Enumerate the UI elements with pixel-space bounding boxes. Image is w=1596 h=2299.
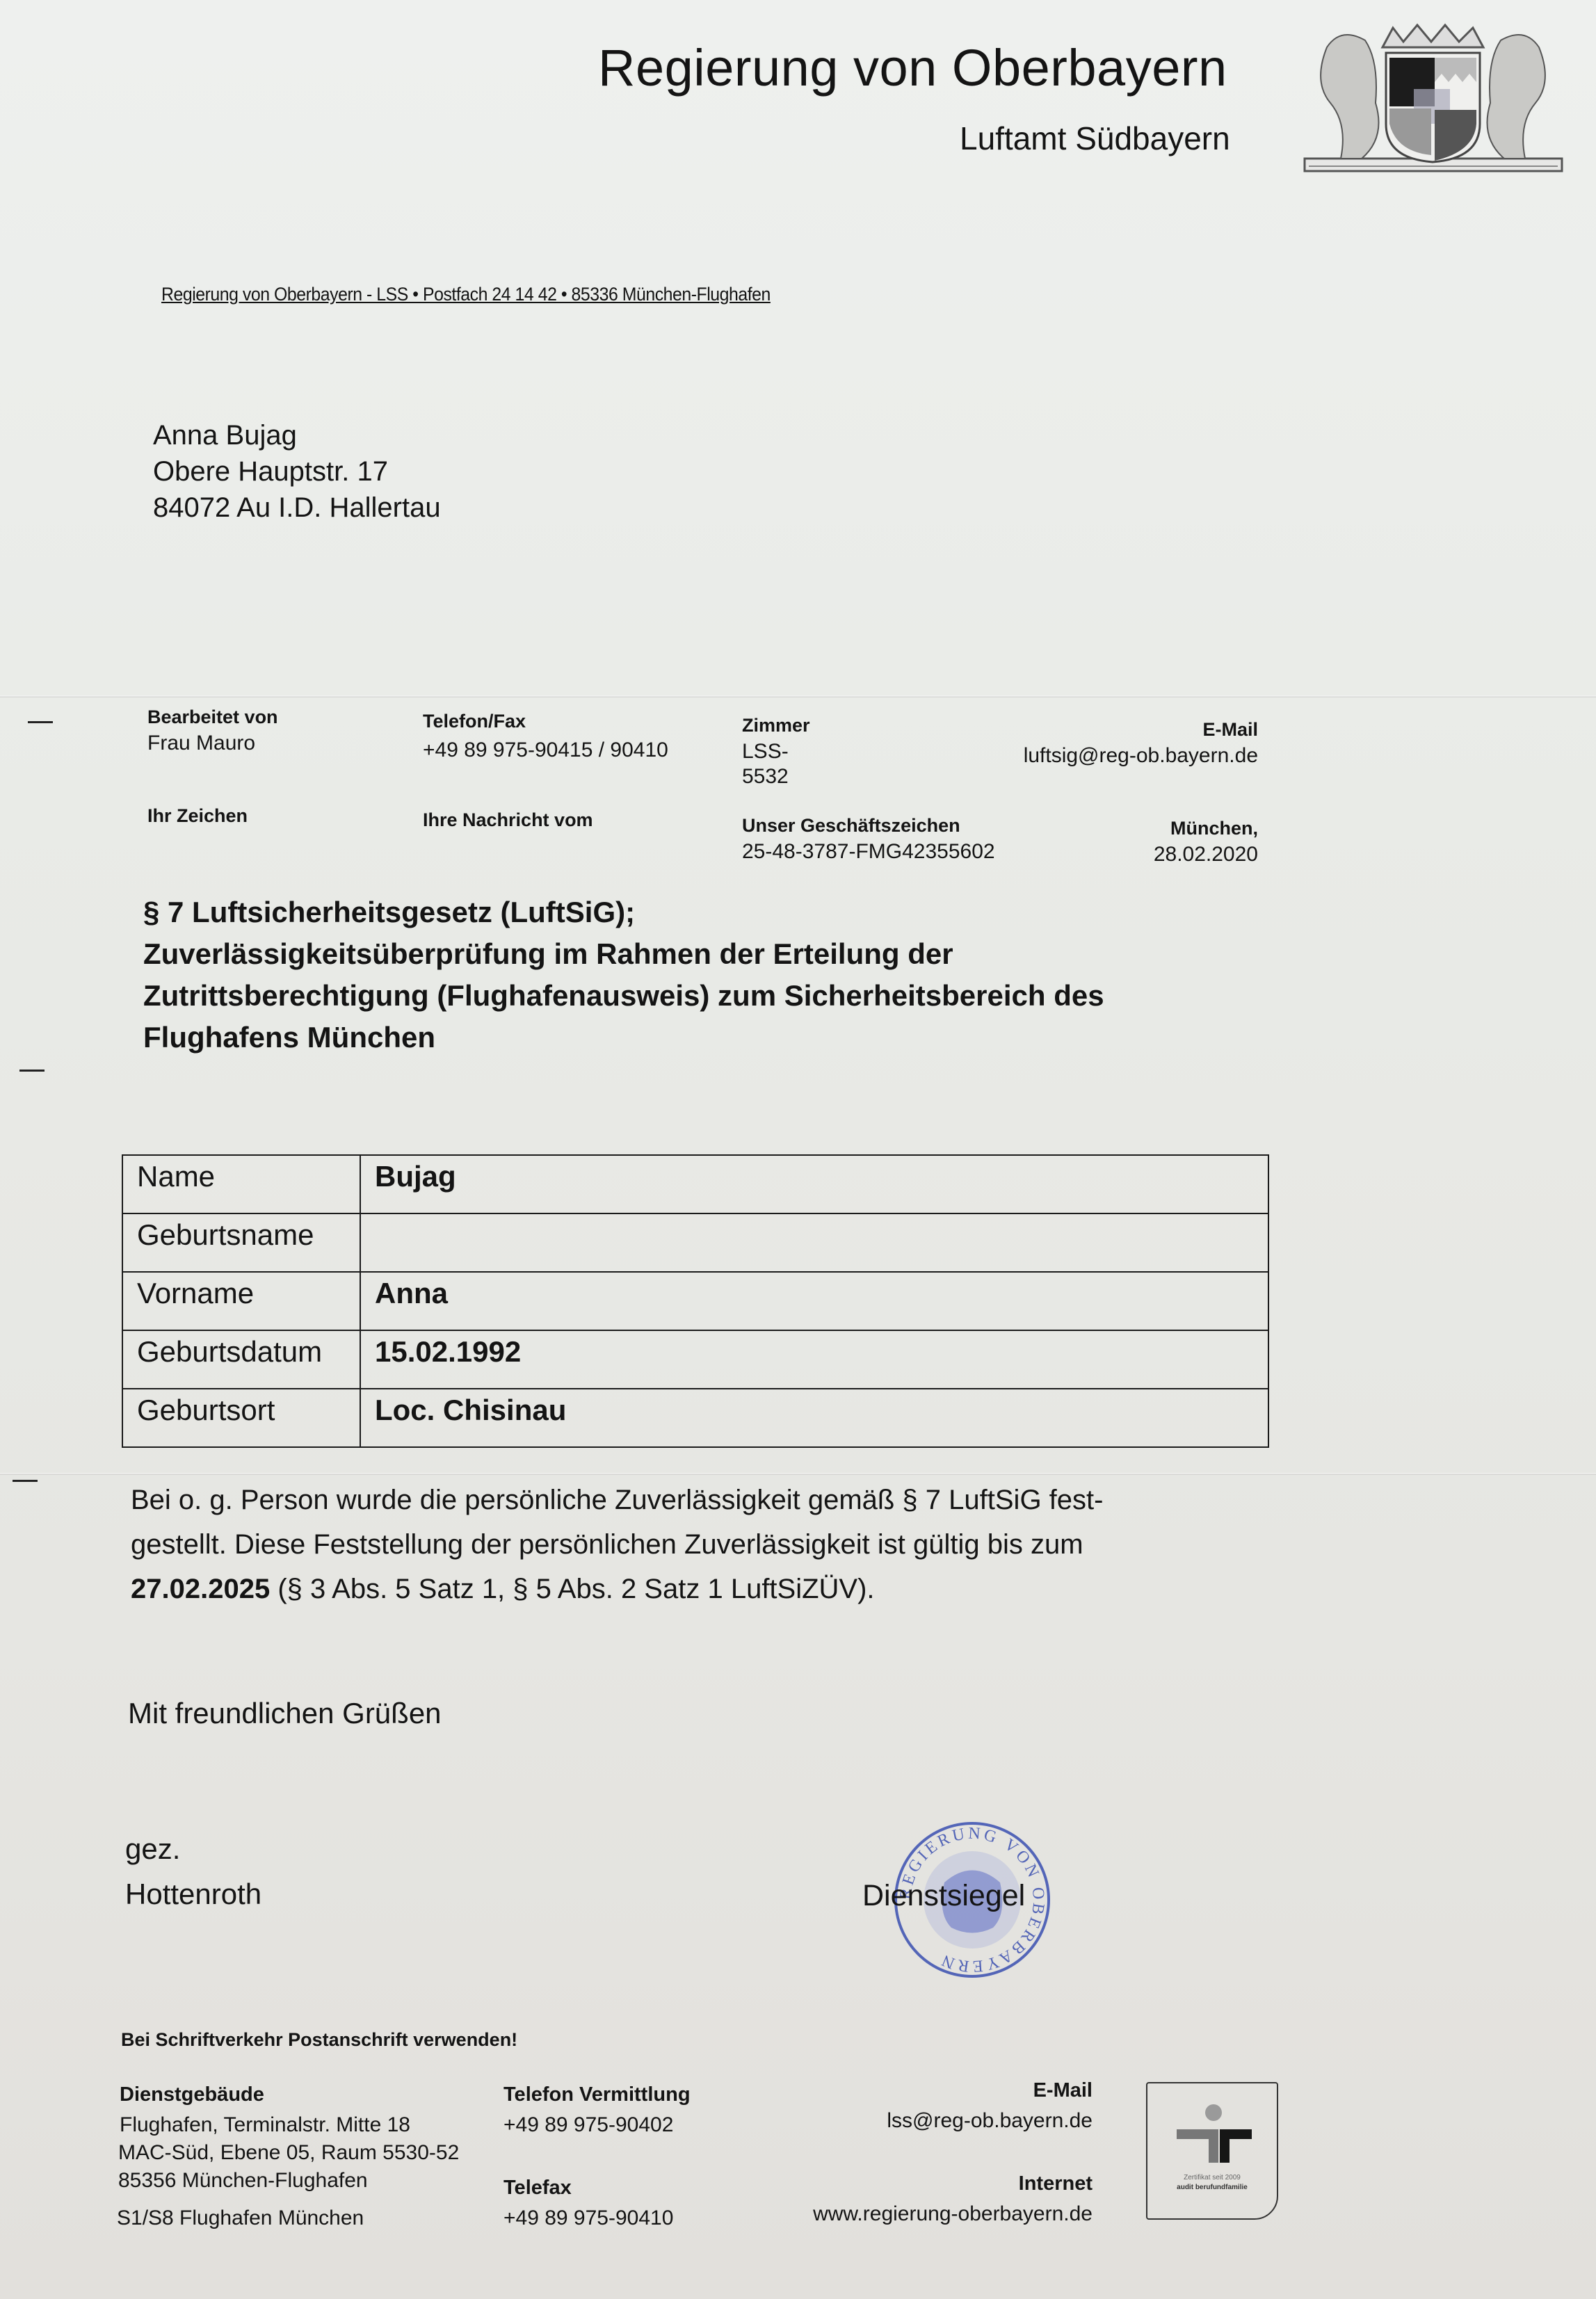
body-line: Bei o. g. Person wurde die persönliche Z… — [131, 1478, 1271, 1522]
legal-reference: (§ 3 Abs. 5 Satz 1, § 5 Abs. 2 Satz 1 Lu… — [270, 1574, 874, 1604]
transit-info: S1/S8 Flughafen München — [117, 2204, 364, 2232]
return-address: Regierung von Oberbayern - LSS • Postfac… — [161, 284, 771, 305]
subject-line: Zutrittsberechtigung (Flughafenausweis) … — [143, 975, 1104, 1017]
row-label: Geburtsdatum — [122, 1330, 360, 1389]
our-ref-value: 25-48-3787-FMG42355602 — [742, 839, 995, 865]
recipient-street: Obere Hauptstr. 17 — [153, 453, 441, 490]
internet-link[interactable]: www.regierung-oberbayern.de — [813, 2200, 1093, 2228]
body-line: 27.02.2025 (§ 3 Abs. 5 Satz 1, § 5 Abs. … — [131, 1567, 1271, 1611]
building-line: Flughafen, Terminalstr. Mitte 18 — [120, 2111, 410, 2139]
room-label: Zimmer — [742, 715, 810, 736]
seal-label: Dienstsiegel — [862, 1879, 1025, 1913]
row-value: Bujag — [360, 1155, 1268, 1213]
footer-note: Bei Schriftverkehr Postanschrift verwend… — [121, 2029, 517, 2051]
row-label: Geburtsname — [122, 1213, 360, 1272]
fax-value: +49 89 975-90410 — [503, 2204, 673, 2232]
row-value — [360, 1213, 1268, 1272]
email-label: E-Mail — [1202, 719, 1258, 741]
your-message-label: Ihre Nachricht vom — [423, 809, 593, 831]
body-paragraph: Bei o. g. Person wurde die persönliche Z… — [131, 1478, 1271, 1611]
your-ref-label: Ihr Zeichen — [147, 805, 248, 827]
organization-title: Regierung von Oberbayern — [598, 38, 1227, 97]
letter-date: 28.02.2020 — [1154, 841, 1258, 868]
our-ref-label: Unser Geschäftszeichen — [742, 815, 960, 837]
family-audit-certificate-logo: Zertifikat seit 2009 audit berufundfamil… — [1146, 2082, 1278, 2220]
row-value: Loc. Chisinau — [360, 1389, 1268, 1447]
subject-line: § 7 Luftsicherheitsgesetz (LuftSiG); — [143, 892, 1104, 933]
certificate-shape — [1220, 2129, 1230, 2163]
switchboard-label: Telefon Vermittlung — [503, 2083, 691, 2106]
footer-email-value[interactable]: lss@reg-ob.bayern.de — [887, 2107, 1093, 2135]
phone-fax-value: +49 89 975-90415 / 90410 — [423, 737, 668, 764]
body-line: gestellt. Diese Feststellung der persönl… — [131, 1522, 1271, 1567]
place-label: München, — [1170, 818, 1258, 839]
person-data-table: NameBujag Geburtsname VornameAnna Geburt… — [122, 1154, 1269, 1448]
recipient-city: 84072 Au I.D. Hallertau — [153, 490, 441, 526]
recipient-name: Anna Bujag — [153, 417, 441, 453]
table-row: Geburtsname — [122, 1213, 1268, 1272]
subject-heading: § 7 Luftsicherheitsgesetz (LuftSiG); Zuv… — [143, 892, 1104, 1058]
table-row: GeburtsortLoc. Chisinau — [122, 1389, 1268, 1447]
processed-by-value: Frau Mauro — [147, 730, 255, 757]
subject-line: Flughafens München — [143, 1017, 1104, 1058]
row-value: 15.02.1992 — [360, 1330, 1268, 1389]
punch-mark — [19, 1070, 45, 1072]
internet-label: Internet — [1019, 2172, 1093, 2195]
fold-mark — [28, 721, 53, 723]
fax-label: Telefax — [503, 2177, 572, 2200]
signer-name: Hottenroth — [125, 1878, 261, 1911]
table-row: NameBujag — [122, 1155, 1268, 1213]
paper-fold — [0, 695, 1596, 697]
row-label: Name — [122, 1155, 360, 1213]
row-label: Vorname — [122, 1272, 360, 1330]
paper-fold — [0, 1473, 1596, 1475]
table-row: VornameAnna — [122, 1272, 1268, 1330]
room-value-1: LSS- — [742, 739, 789, 765]
department-name: Luftamt Südbayern — [960, 120, 1230, 157]
building-label: Dienstgebäude — [120, 2083, 264, 2106]
subject-line: Zuverlässigkeitsüberprüfung im Rahmen de… — [143, 933, 1104, 975]
row-label: Geburtsort — [122, 1389, 360, 1447]
valid-until-date: 27.02.2025 — [131, 1574, 270, 1604]
building-line: MAC-Süd, Ebene 05, Raum 5530-52 — [118, 2139, 459, 2167]
room-value-2: 5532 — [742, 764, 789, 790]
fold-mark — [13, 1480, 38, 1482]
building-line: 85356 München-Flughafen — [118, 2167, 368, 2195]
switchboard-value: +49 89 975-90402 — [503, 2111, 673, 2139]
email-value[interactable]: luftsig@reg-ob.bayern.de — [1024, 743, 1258, 769]
signature-prefix: gez. — [125, 1832, 180, 1866]
certificate-text: audit berufundfamilie — [1147, 2184, 1277, 2191]
certificate-text: Zertifikat seit 2009 — [1147, 2174, 1277, 2181]
footer-email-label: E-Mail — [1033, 2079, 1093, 2102]
certificate-dot-icon — [1205, 2104, 1222, 2121]
recipient-address: Anna Bujag Obere Hauptstr. 17 84072 Au I… — [153, 417, 441, 526]
table-row: Geburtsdatum15.02.1992 — [122, 1330, 1268, 1389]
bavarian-coat-of-arms-icon — [1299, 19, 1567, 183]
processed-by-label: Bearbeitet von — [147, 707, 278, 728]
row-value: Anna — [360, 1272, 1268, 1330]
closing-greeting: Mit freundlichen Grüßen — [128, 1697, 442, 1730]
phone-fax-label: Telefon/Fax — [423, 711, 526, 732]
certificate-shape — [1209, 2129, 1218, 2163]
